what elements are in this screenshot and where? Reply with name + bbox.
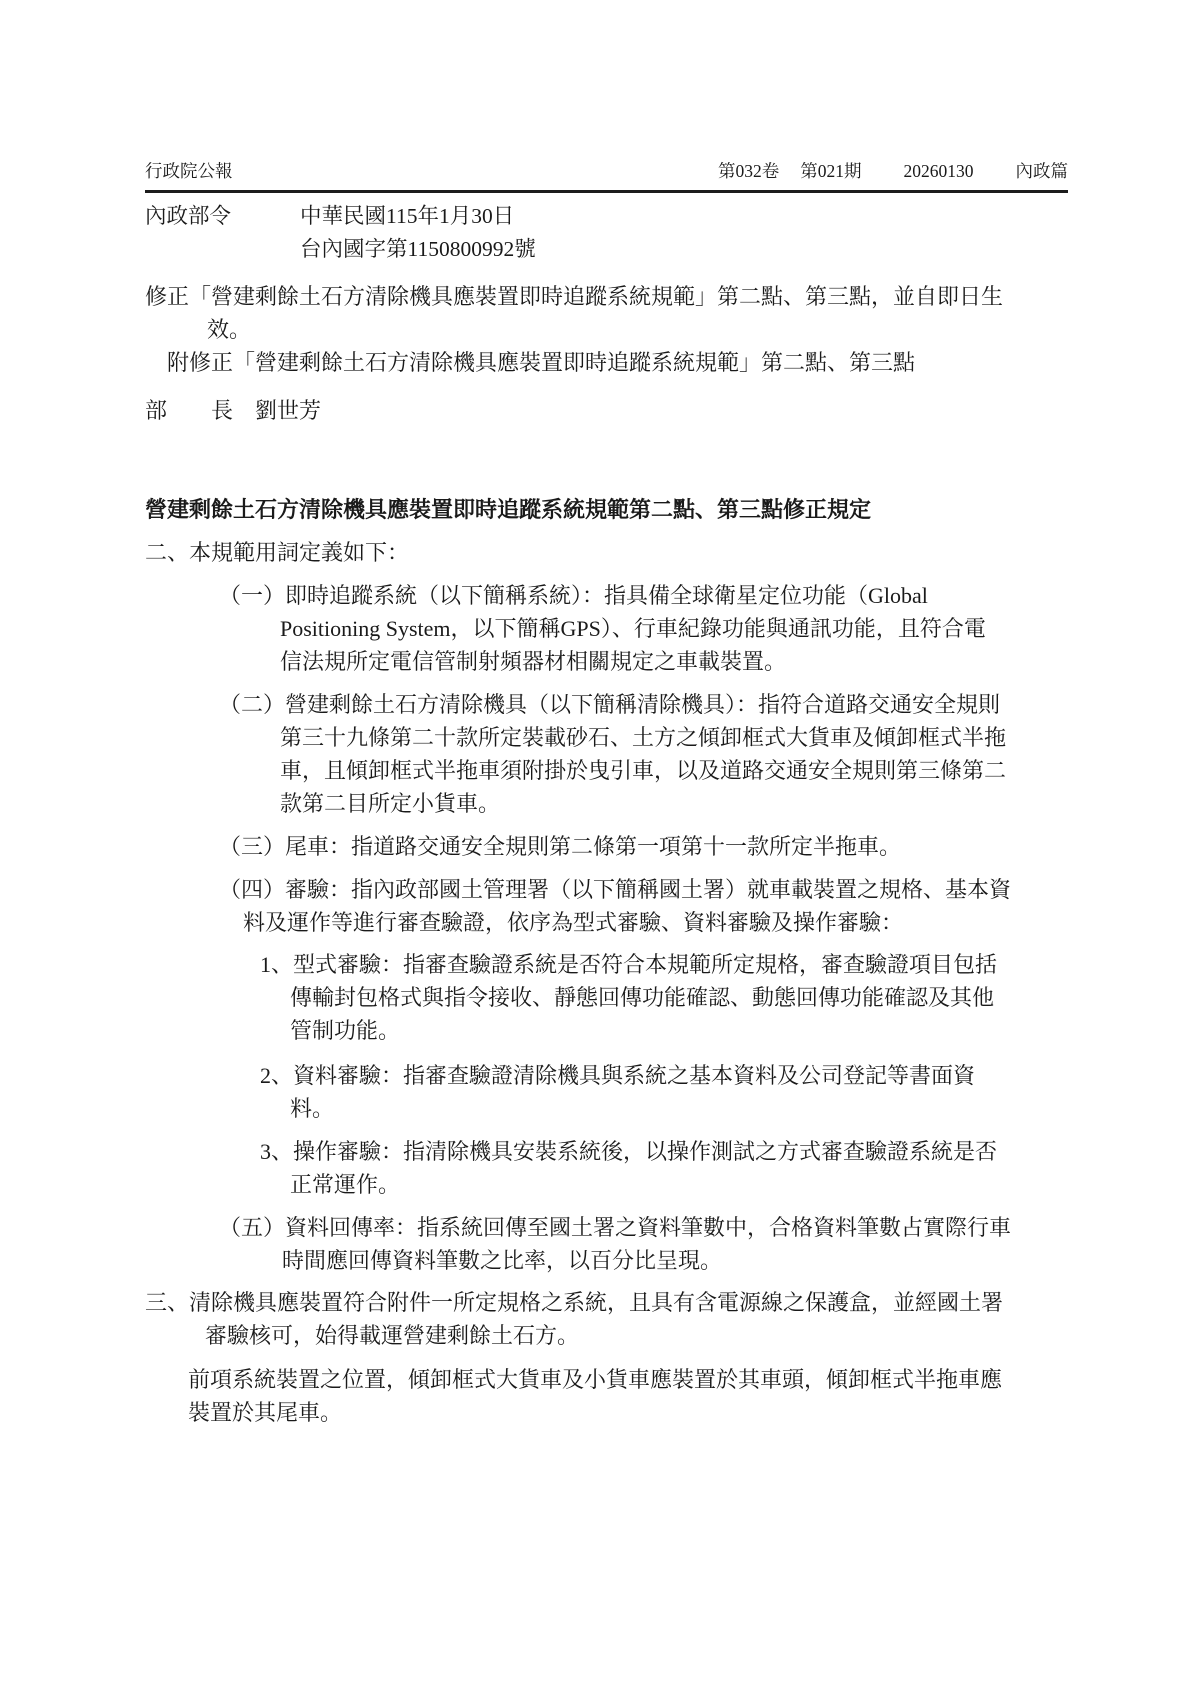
article-2-intro: 二、本規範用詞定義如下： [145,536,1068,569]
gazette-meta: 第032卷 第021期 20260130 內政篇 [718,158,1068,184]
section-label: 內政篇 [1016,158,1069,184]
issue-label: 第021期 [800,158,861,184]
article-2-item-4-subitem-2: 2、資料審驗：指審查驗證清除機具與系統之基本資料及公司登記等書面資 料。 [145,1059,1068,1125]
decree-reference: 中華民國115年1月30日 台內國字第1150800992號 [300,200,536,266]
article-2-item-4-subitem-1: 1、型式審驗：指審查驗證系統是否符合本規範所定規格，審查驗證項目包括 傳輸封包格… [145,948,1068,1047]
article-2-item-5: （五）資料回傳率：指系統回傳至國土署之資料筆數中，合格資料筆數占實際行車 時間應… [145,1211,1068,1277]
attachment-note: 附修正「營建剩餘土石方清除機具應裝置即時追蹤系統規範」第二點、第三點 [145,346,1068,379]
article-3-paragraph-2: 前項系統裝置之位置，傾卸框式大貨車及小貨車應裝置於其車頭，傾卸框式半拖車應 裝置… [145,1363,1068,1429]
date-code-label: 20260130 [904,158,974,184]
article-2-item-4: （四）審驗：指內政部國土管理署（以下簡稱國土署）就車載裝置之規格、基本資 料及運… [145,873,1068,939]
gazette-header: 行政院公報 第032卷 第021期 20260130 內政篇 [145,158,1068,193]
article-2-item-4-subitem-3: 3、操作審驗：指清除機具安裝系統後，以操作測試之方式審查驗證系統是否 正常運作。 [145,1135,1068,1201]
minister-signature: 部 長 劉世芳 [145,394,1068,427]
amendment-paragraph: 修正「營建剩餘土石方清除機具應裝置即時追蹤系統規範」第二點、第三點，並自即日生 … [145,280,1068,346]
decree-date: 中華民國115年1月30日 [300,200,536,233]
regulation-title: 營建剩餘土石方清除機具應裝置即時追蹤系統規範第二點、第三點修正規定 [145,493,1068,526]
agency-title: 內政部令 [145,200,300,266]
article-2-item-1: （一）即時追蹤系統（以下簡稱系統）：指具備全球衛星定位功能（Global Pos… [145,579,1068,678]
article-2-item-2: （二）營建剩餘土石方清除機具（以下簡稱清除機具）：指符合道路交通安全規則 第三十… [145,688,1068,820]
gazette-page: 行政院公報 第032卷 第021期 20260130 內政篇 內政部令 中華民國… [0,0,1200,1698]
decree-heading: 內政部令 中華民國115年1月30日 台內國字第1150800992號 [145,200,1068,266]
decree-number: 台內國字第1150800992號 [300,233,536,266]
article-2-item-3: （三）尾車：指道路交通安全規則第二條第一項第十一款所定半拖車。 [145,830,1068,863]
publication-title: 行政院公報 [145,158,233,184]
article-3-paragraph-1: 三、清除機具應裝置符合附件一所定規格之系統，且具有含電源線之保護盒，並經國土署 … [145,1286,1068,1352]
volume-label: 第032卷 [718,158,779,184]
